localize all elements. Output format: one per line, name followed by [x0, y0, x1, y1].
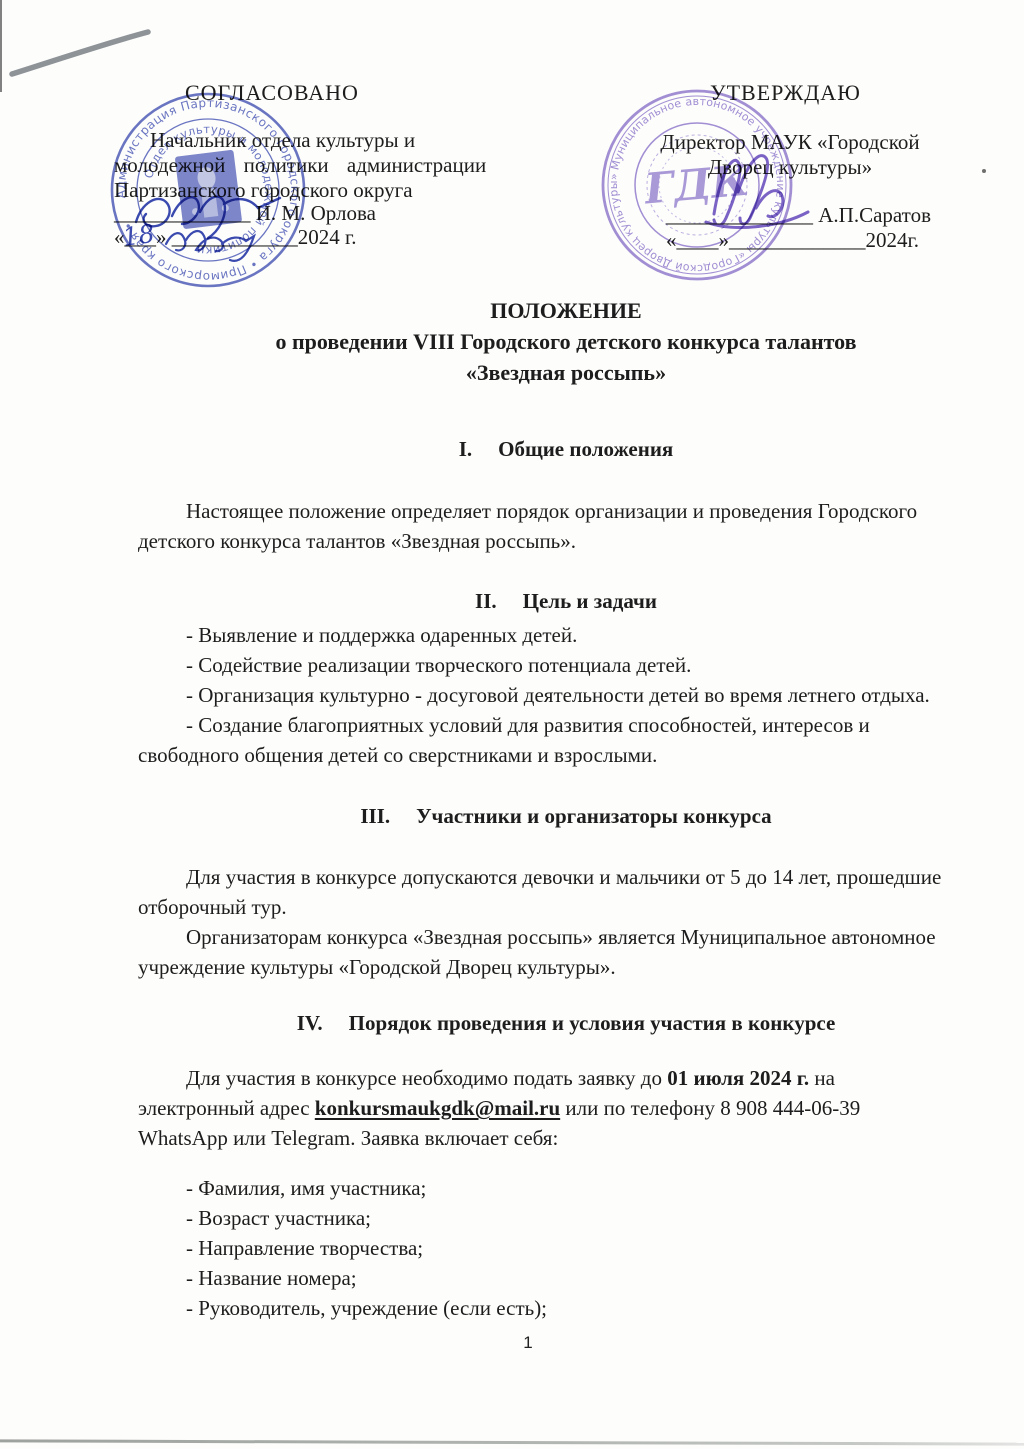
application-text: на — [809, 1066, 835, 1090]
section-2-title: Цель и задачи — [523, 589, 657, 613]
scanned-document-page: СОГЛАСОВАНО Начальник отдела культуры и … — [0, 0, 1024, 1449]
title-line-3: «Звездная россыпь» — [138, 357, 994, 388]
application-deadline: 01 июля 2024 г. — [667, 1066, 809, 1090]
section-1-number: I. — [459, 437, 472, 462]
paragraph-line: Для участия в конкурсе допускаются девоч… — [138, 862, 994, 892]
section-3-paragraph-1: Для участия в конкурсе допускаются девоч… — [138, 862, 994, 922]
document-title: ПОЛОЖЕНИЕ о проведении VIII Городского д… — [138, 295, 994, 388]
section-3-heading: III.Участники и организаторы конкурса — [138, 804, 994, 829]
stamp-right-ring-outer: Муниципальное автономное учреждение куль… — [598, 85, 796, 285]
list-item: - Руководитель, учреждение (если есть); — [138, 1293, 994, 1323]
approval-left-line1: Начальник отдела культуры и — [150, 128, 415, 153]
section-4-number: IV. — [297, 1011, 323, 1036]
section-2-task-list: - Выявление и поддержка одаренных детей.… — [138, 620, 994, 770]
application-text: электронный адрес — [138, 1096, 315, 1120]
list-item-continuation: свободного общения детей со сверстниками… — [138, 740, 994, 770]
scan-bottom-edge — [0, 1439, 1024, 1445]
section-3-number: III. — [360, 804, 390, 829]
approval-right-line1: Директор МАУК «Городской — [630, 130, 950, 155]
paragraph-line: Организаторам конкурса «Звездная россыпь… — [138, 922, 994, 952]
approval-right-line2: Дворец культуры» — [630, 155, 950, 180]
paragraph-line: детского конкурса талантов «Звездная рос… — [138, 526, 994, 556]
title-line-1: ПОЛОЖЕНИЕ — [138, 295, 994, 326]
section-3-title: Участники и организаторы конкурса — [416, 804, 772, 828]
list-item: - Выявление и поддержка одаренных детей. — [138, 620, 994, 650]
paragraph-line: Для участия в конкурсе необходимо подать… — [138, 1063, 994, 1093]
approval-left-line3: Партизанского городского округа — [114, 178, 413, 203]
application-phone: или по телефону 8 908 444-06-39 — [560, 1096, 860, 1120]
section-4-application-list: - Фамилия, имя участника; - Возраст учас… — [138, 1173, 994, 1323]
approval-right-label: УТВЕРЖДАЮ — [710, 80, 861, 106]
approval-left-label: СОГЛАСОВАНО — [185, 80, 359, 106]
approval-left-date-line: «___» ____________2024 г. — [114, 225, 357, 250]
paragraph-line: отборочный тур. — [138, 892, 994, 922]
section-3-paragraph-2: Организаторам конкурса «Звездная россыпь… — [138, 922, 994, 982]
approval-left-line2: молодежной политики администрации — [114, 153, 486, 178]
list-item: - Возраст участника; — [138, 1203, 994, 1233]
round-stamp-right: Муниципальное автономное учреждение куль… — [598, 85, 796, 285]
paragraph-line: Настоящее положение определяет порядок о… — [138, 496, 994, 526]
paragraph-line: учреждение культуры «Городской Дворец ку… — [138, 952, 994, 982]
application-email: konkursmaukgdk@mail.ru — [315, 1096, 560, 1120]
list-item: - Организация культурно - досуговой деят… — [138, 680, 994, 710]
section-1-title: Общие положения — [498, 437, 673, 461]
list-item: - Создание благоприятных условий для раз… — [138, 710, 994, 740]
section-1-paragraph: Настоящее положение определяет порядок о… — [138, 496, 994, 556]
approval-right-signature-line: ______________ А.П.Саратов — [666, 203, 931, 228]
section-4-title: Порядок проведения и условия участия в к… — [349, 1011, 836, 1035]
page-number: 1 — [0, 1333, 1024, 1353]
scan-edge-line — [0, 0, 2, 92]
list-item: - Содействие реализации творческого поте… — [138, 650, 994, 680]
paragraph-line: электронный адрес konkursmaukgdk@mail.ru… — [138, 1093, 994, 1123]
approval-left-signature-line: _____________ И. М. Орлова — [114, 201, 376, 226]
list-item: - Направление творчества; — [138, 1233, 994, 1263]
section-4-heading: IV.Порядок проведения и условия участия … — [138, 1011, 994, 1036]
list-item: - Фамилия, имя участника; — [138, 1173, 994, 1203]
section-4-paragraph: Для участия в конкурсе необходимо подать… — [138, 1063, 994, 1153]
pen-mark — [6, 20, 156, 82]
paragraph-line: WhatsApp или Telegram. Заявка включает с… — [138, 1123, 994, 1153]
approval-right-date-line: «____»_____________2024г. — [666, 228, 919, 253]
list-item: - Название номера; — [138, 1263, 994, 1293]
section-2-number: II. — [475, 589, 497, 614]
section-1-heading: I.Общие положения — [138, 437, 994, 462]
title-line-2: о проведении VIII Городского детского ко… — [138, 326, 994, 357]
ink-dot — [982, 169, 986, 173]
svg-text:Муниципальное автономное учреж: Муниципальное автономное учреждение куль… — [598, 85, 796, 285]
application-text: Для участия в конкурсе необходимо подать… — [186, 1066, 667, 1090]
section-2-heading: II.Цель и задачи — [138, 589, 994, 614]
